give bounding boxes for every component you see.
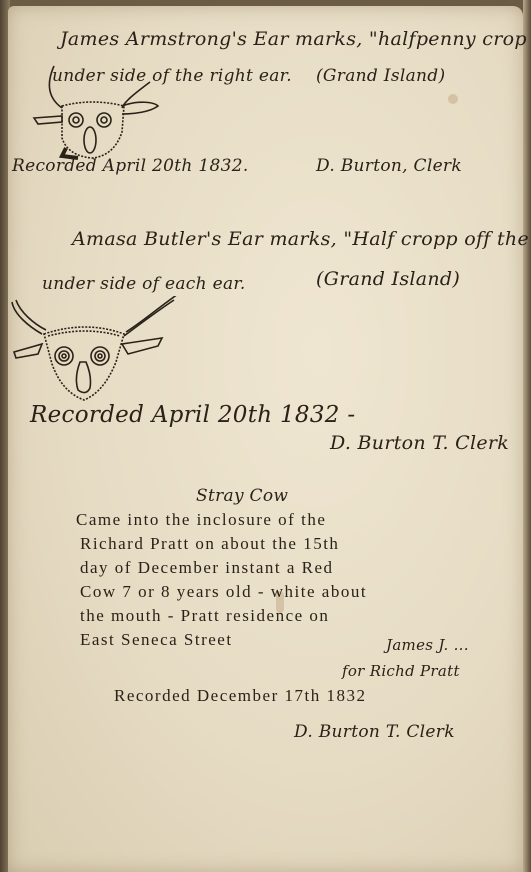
entry-2-line-2: under side of each ear. — [42, 274, 246, 294]
entry-3-body-line: the mouth - Pratt residence on — [80, 606, 329, 626]
cow-head-earmark-icon — [8, 296, 178, 406]
entry-3-body-line: Came into the inclosure of the — [76, 510, 326, 530]
page-edge — [523, 0, 531, 872]
entry-3-body-line: day of December instant a Red — [80, 558, 334, 578]
entry-3-body-line: East Seneca Street — [80, 630, 233, 650]
entry-1-location: (Grand Island) — [316, 66, 445, 86]
ledger-page: James Armstrong's Ear marks, "halfpenny … — [8, 6, 523, 872]
entry-3-signature: for Richd Pratt — [342, 662, 460, 680]
entry-3-body-line: Cow 7 or 8 years old - white about — [80, 582, 367, 602]
entry-2-recorded: Recorded April 20th 1832 - — [30, 402, 355, 428]
entry-2-location: (Grand Island) — [316, 268, 460, 290]
entry-3-heading: Stray Cow — [196, 486, 288, 506]
entry-2-clerk: D. Burton T. Clerk — [330, 432, 509, 454]
entry-1-recorded: Recorded April 20th 1832. — [12, 156, 249, 176]
entry-3-body-line: Richard Pratt on about the 15th — [80, 534, 339, 554]
entry-3-clerk: D. Burton T. Clerk — [294, 722, 455, 742]
entry-3-signature: James J. ... — [386, 636, 469, 654]
ink-stain — [448, 94, 458, 104]
entry-1-title: James Armstrong's Ear marks, "halfpenny … — [60, 28, 531, 50]
entry-2-title: Amasa Butler's Ear marks, "Half cropp of… — [72, 228, 529, 250]
entry-1-clerk: D. Burton, Clerk — [316, 156, 462, 176]
entry-3-recorded: Recorded December 17th 1832 — [114, 686, 366, 706]
cow-head-earmark-icon — [22, 58, 162, 168]
